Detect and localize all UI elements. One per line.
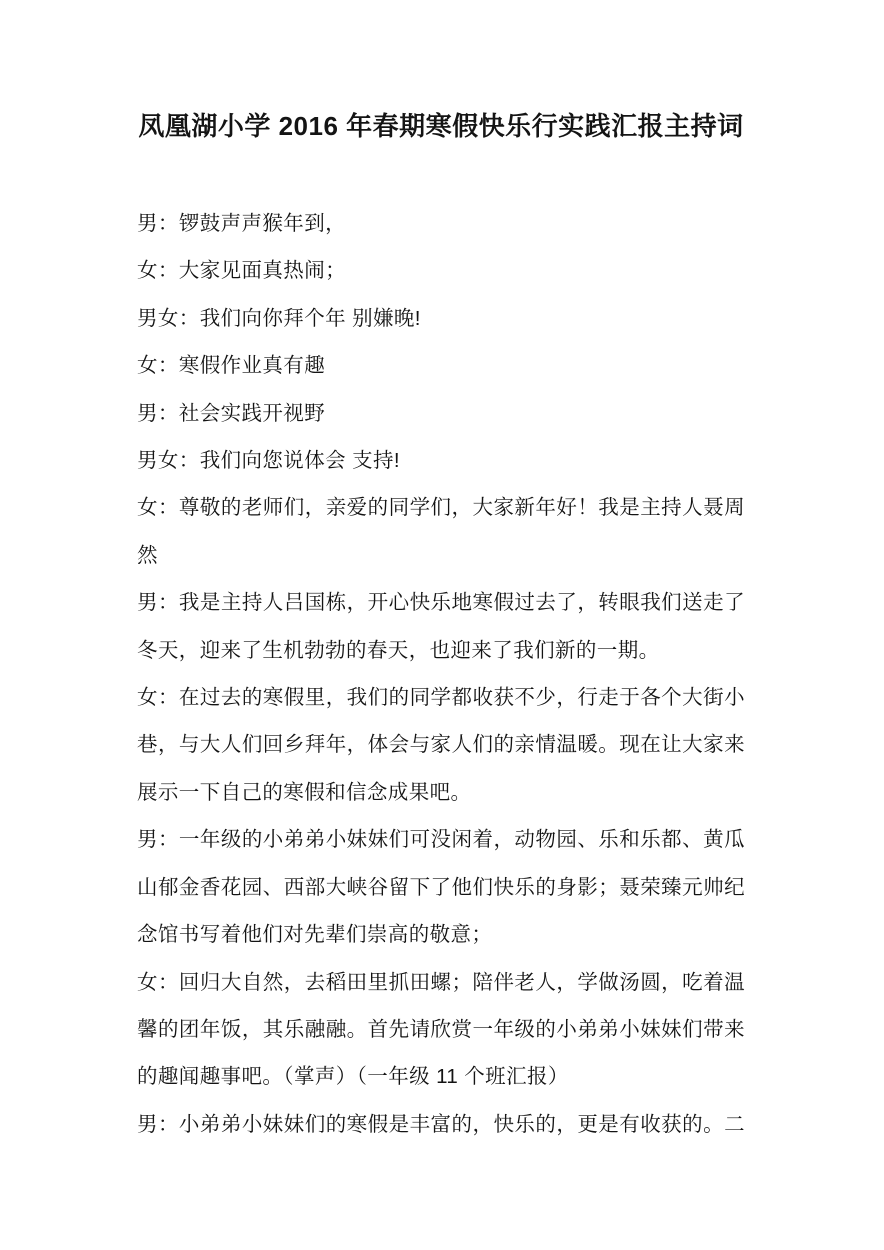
- paragraph-line: 男：锣鼓声声猴年到，: [137, 200, 745, 247]
- paragraph: 女：回归大自然，去稻田里抓田螺；陪伴老人，学做汤圆，吃着温馨的团年饭，其乐融融。…: [137, 959, 745, 1101]
- paragraph-line: 然: [137, 532, 745, 579]
- paragraph-line: 的趣闻趣事吧。（掌声）（一年级 11 个班汇报）: [137, 1053, 745, 1100]
- paragraph-line: 男女：我们向你拜个年 别嫌晚!: [137, 295, 745, 342]
- paragraph-line: 男女：我们向您说体会 支持!: [137, 437, 745, 484]
- paragraph-line: 女：大家见面真热闹；: [137, 247, 745, 294]
- paragraph: 女：尊敬的老师们，亲爱的同学们，大家新年好！我是主持人聂周然: [137, 484, 745, 579]
- paragraph: 女：寒假作业真有趣: [137, 342, 745, 389]
- paragraph: 男：小弟弟小妹妹们的寒假是丰富的，快乐的，更是有收获的。二: [137, 1101, 745, 1148]
- document-title: 凤凰湖小学 2016 年春期寒假快乐行实践汇报主持词: [137, 0, 745, 146]
- paragraph-line: 山郁金香花园、西部大峡谷留下了他们快乐的身影；聂荣臻元帅纪: [137, 864, 745, 911]
- paragraph: 男：锣鼓声声猴年到，: [137, 200, 745, 247]
- paragraph-line: 男：一年级的小弟弟小妹妹们可没闲着，动物园、乐和乐都、黄瓜: [137, 816, 745, 863]
- paragraph-line: 巷，与大人们回乡拜年，体会与家人们的亲情温暖。现在让大家来: [137, 721, 745, 768]
- paragraph-line: 馨的团年饭，其乐融融。首先请欣赏一年级的小弟弟小妹妹们带来: [137, 1006, 745, 1053]
- paragraph-line: 女：寒假作业真有趣: [137, 342, 745, 389]
- paragraph: 女：在过去的寒假里，我们的同学都收获不少，行走于各个大街小巷，与大人们回乡拜年，…: [137, 674, 745, 816]
- paragraph-line: 女：在过去的寒假里，我们的同学都收获不少，行走于各个大街小: [137, 674, 745, 721]
- paragraph: 女：大家见面真热闹；: [137, 247, 745, 294]
- paragraph-line: 冬天，迎来了生机勃勃的春天，也迎来了我们新的一期。: [137, 627, 745, 674]
- paragraph: 男：一年级的小弟弟小妹妹们可没闲着，动物园、乐和乐都、黄瓜山郁金香花园、西部大峡…: [137, 816, 745, 958]
- paragraph-line: 展示一下自己的寒假和信念成果吧。: [137, 769, 745, 816]
- paragraph-line: 念馆书写着他们对先辈们崇高的敬意；: [137, 911, 745, 958]
- paragraph: 男：我是主持人吕国栋，开心快乐地寒假过去了，转眼我们送走了冬天，迎来了生机勃勃的…: [137, 579, 745, 674]
- paragraph: 男女：我们向您说体会 支持!: [137, 437, 745, 484]
- paragraph-line: 男：社会实践开视野: [137, 390, 745, 437]
- paragraph-line: 男：小弟弟小妹妹们的寒假是丰富的，快乐的，更是有收获的。二: [137, 1101, 745, 1148]
- paragraph-line: 女：尊敬的老师们，亲爱的同学们，大家新年好！我是主持人聂周: [137, 484, 745, 531]
- document-page: 凤凰湖小学 2016 年春期寒假快乐行实践汇报主持词 男：锣鼓声声猴年到，女：大…: [0, 0, 884, 1250]
- document-body: 男：锣鼓声声猴年到，女：大家见面真热闹；男女：我们向你拜个年 别嫌晚!女：寒假作…: [137, 200, 745, 1148]
- paragraph: 男：社会实践开视野: [137, 390, 745, 437]
- paragraph-line: 女：回归大自然，去稻田里抓田螺；陪伴老人，学做汤圆，吃着温: [137, 959, 745, 1006]
- paragraph-line: 男：我是主持人吕国栋，开心快乐地寒假过去了，转眼我们送走了: [137, 579, 745, 626]
- paragraph: 男女：我们向你拜个年 别嫌晚!: [137, 295, 745, 342]
